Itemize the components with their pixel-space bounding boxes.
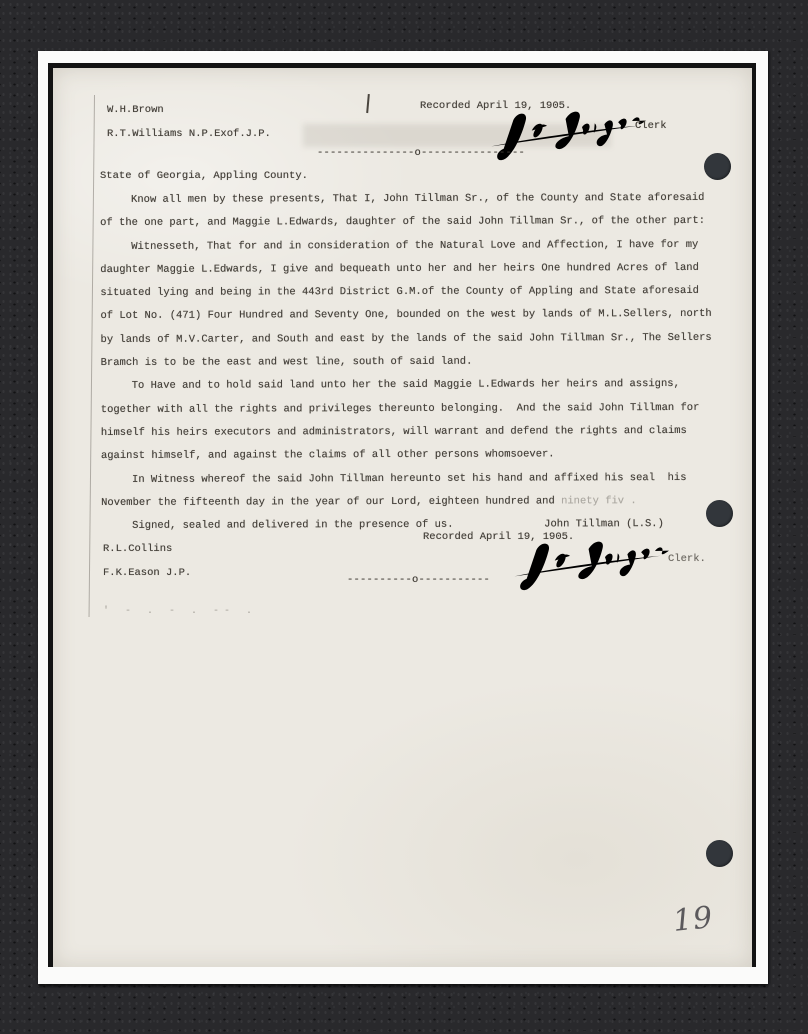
section-divider-bottom: ----------o----------- <box>347 574 490 586</box>
pen-tick-mark <box>366 94 369 113</box>
clerk-label-bottom: Clerk. <box>668 553 706 565</box>
witness-name-bottom-1: R.L.Collins <box>103 543 172 555</box>
witness-name-top: W.H.Brown <box>107 104 164 116</box>
faded-line-text: ninety fiv . <box>561 495 637 507</box>
deed-line-text: of the one part, and Maggie L.Edwards, d… <box>100 215 705 229</box>
deed-line-text: himself his heirs executors and administ… <box>101 425 687 439</box>
deed-line-text: situated lying and being in the 443rd Di… <box>100 285 699 299</box>
deed-line-text: by lands of M.V.Carter, and South and ea… <box>101 332 712 346</box>
hole-punch-dot-3 <box>706 840 733 867</box>
deed-body-line: by lands of M.V.Carter, and South and ea… <box>100 327 740 353</box>
deed-line-text: together with all the rights and privile… <box>101 402 700 416</box>
notary-name-top: R.T.Williams N.P.Exof.J.P. <box>107 128 271 140</box>
scan-border: W.H.Brown R.T.Williams N.P.Exof.J.P. Rec… <box>48 63 756 967</box>
stray-pencil-marks: ' - . - . -- . <box>103 606 257 617</box>
hole-punch-dot-1 <box>704 153 731 180</box>
deed-body-line: Bramch is to be the east and west line, … <box>101 350 741 376</box>
deed-line-text: November the fifteenth day in the year o… <box>101 495 561 509</box>
county-heading: State of Georgia, Appling County. <box>100 170 308 182</box>
deed-body-line: situated lying and being in the 443rd Di… <box>100 280 740 306</box>
deed-line-text: daughter Maggie L.Edwards, I give and be… <box>100 262 699 276</box>
deed-body-line: against himself, and against the claims … <box>101 443 741 469</box>
deed-body-line: November the fifteenth day in the year o… <box>101 490 741 516</box>
deed-body-line: of Lot No. (471) Four Hundred and Sevent… <box>100 303 740 329</box>
deed-line-text: Signed, sealed and delivered in the pres… <box>132 519 453 532</box>
scan-backdrop: { "doc": { "officials_top": [ { "text": … <box>0 0 808 1034</box>
document-page: W.H.Brown R.T.Williams N.P.Exof.J.P. Rec… <box>53 68 752 967</box>
deed-line-text: Know all men by these presents, That I, … <box>131 192 704 206</box>
deed-body-line: together with all the rights and privile… <box>101 396 741 422</box>
deed-line-text: of Lot No. (471) Four Hundred and Sevent… <box>100 308 711 322</box>
paper-fold-line <box>89 95 95 617</box>
deed-line-text: Witnesseth, That for and in consideratio… <box>131 239 698 253</box>
deed-line-text: In Witness whereof the said John Tillman… <box>132 472 687 486</box>
deed-body-line: In Witness whereof the said John Tillman… <box>101 466 741 492</box>
deed-body: Know all men by these presents, That I, … <box>100 187 741 539</box>
deed-body-line: Witnesseth, That for and in consideratio… <box>100 233 740 259</box>
deed-body-line: To Have and to hold said land unto her t… <box>101 373 741 399</box>
deed-body-line: daughter Maggie L.Edwards, I give and be… <box>100 257 740 283</box>
deed-line-text: against himself, and against the claims … <box>101 449 555 463</box>
witness-name-bottom-2: F.K.Eason J.P. <box>103 567 191 579</box>
deed-body-line: himself his heirs executors and administ… <box>101 420 741 446</box>
clerk-label-top: Clerk <box>635 120 667 132</box>
section-divider-top: ---------------o---------------- <box>317 147 525 159</box>
deed-line-text: Bramch is to be the east and west line, … <box>101 356 473 369</box>
hole-punch-dot-2 <box>706 500 733 527</box>
deed-body-line: Know all men by these presents, That I, … <box>100 187 740 213</box>
photo-frame: W.H.Brown R.T.Williams N.P.Exof.J.P. Rec… <box>38 51 768 984</box>
deed-line-text: To Have and to hold said land unto her t… <box>132 378 680 392</box>
handwritten-page-number: 19 <box>671 900 715 939</box>
deed-body-line: of the one part, and Maggie L.Edwards, d… <box>100 210 740 236</box>
